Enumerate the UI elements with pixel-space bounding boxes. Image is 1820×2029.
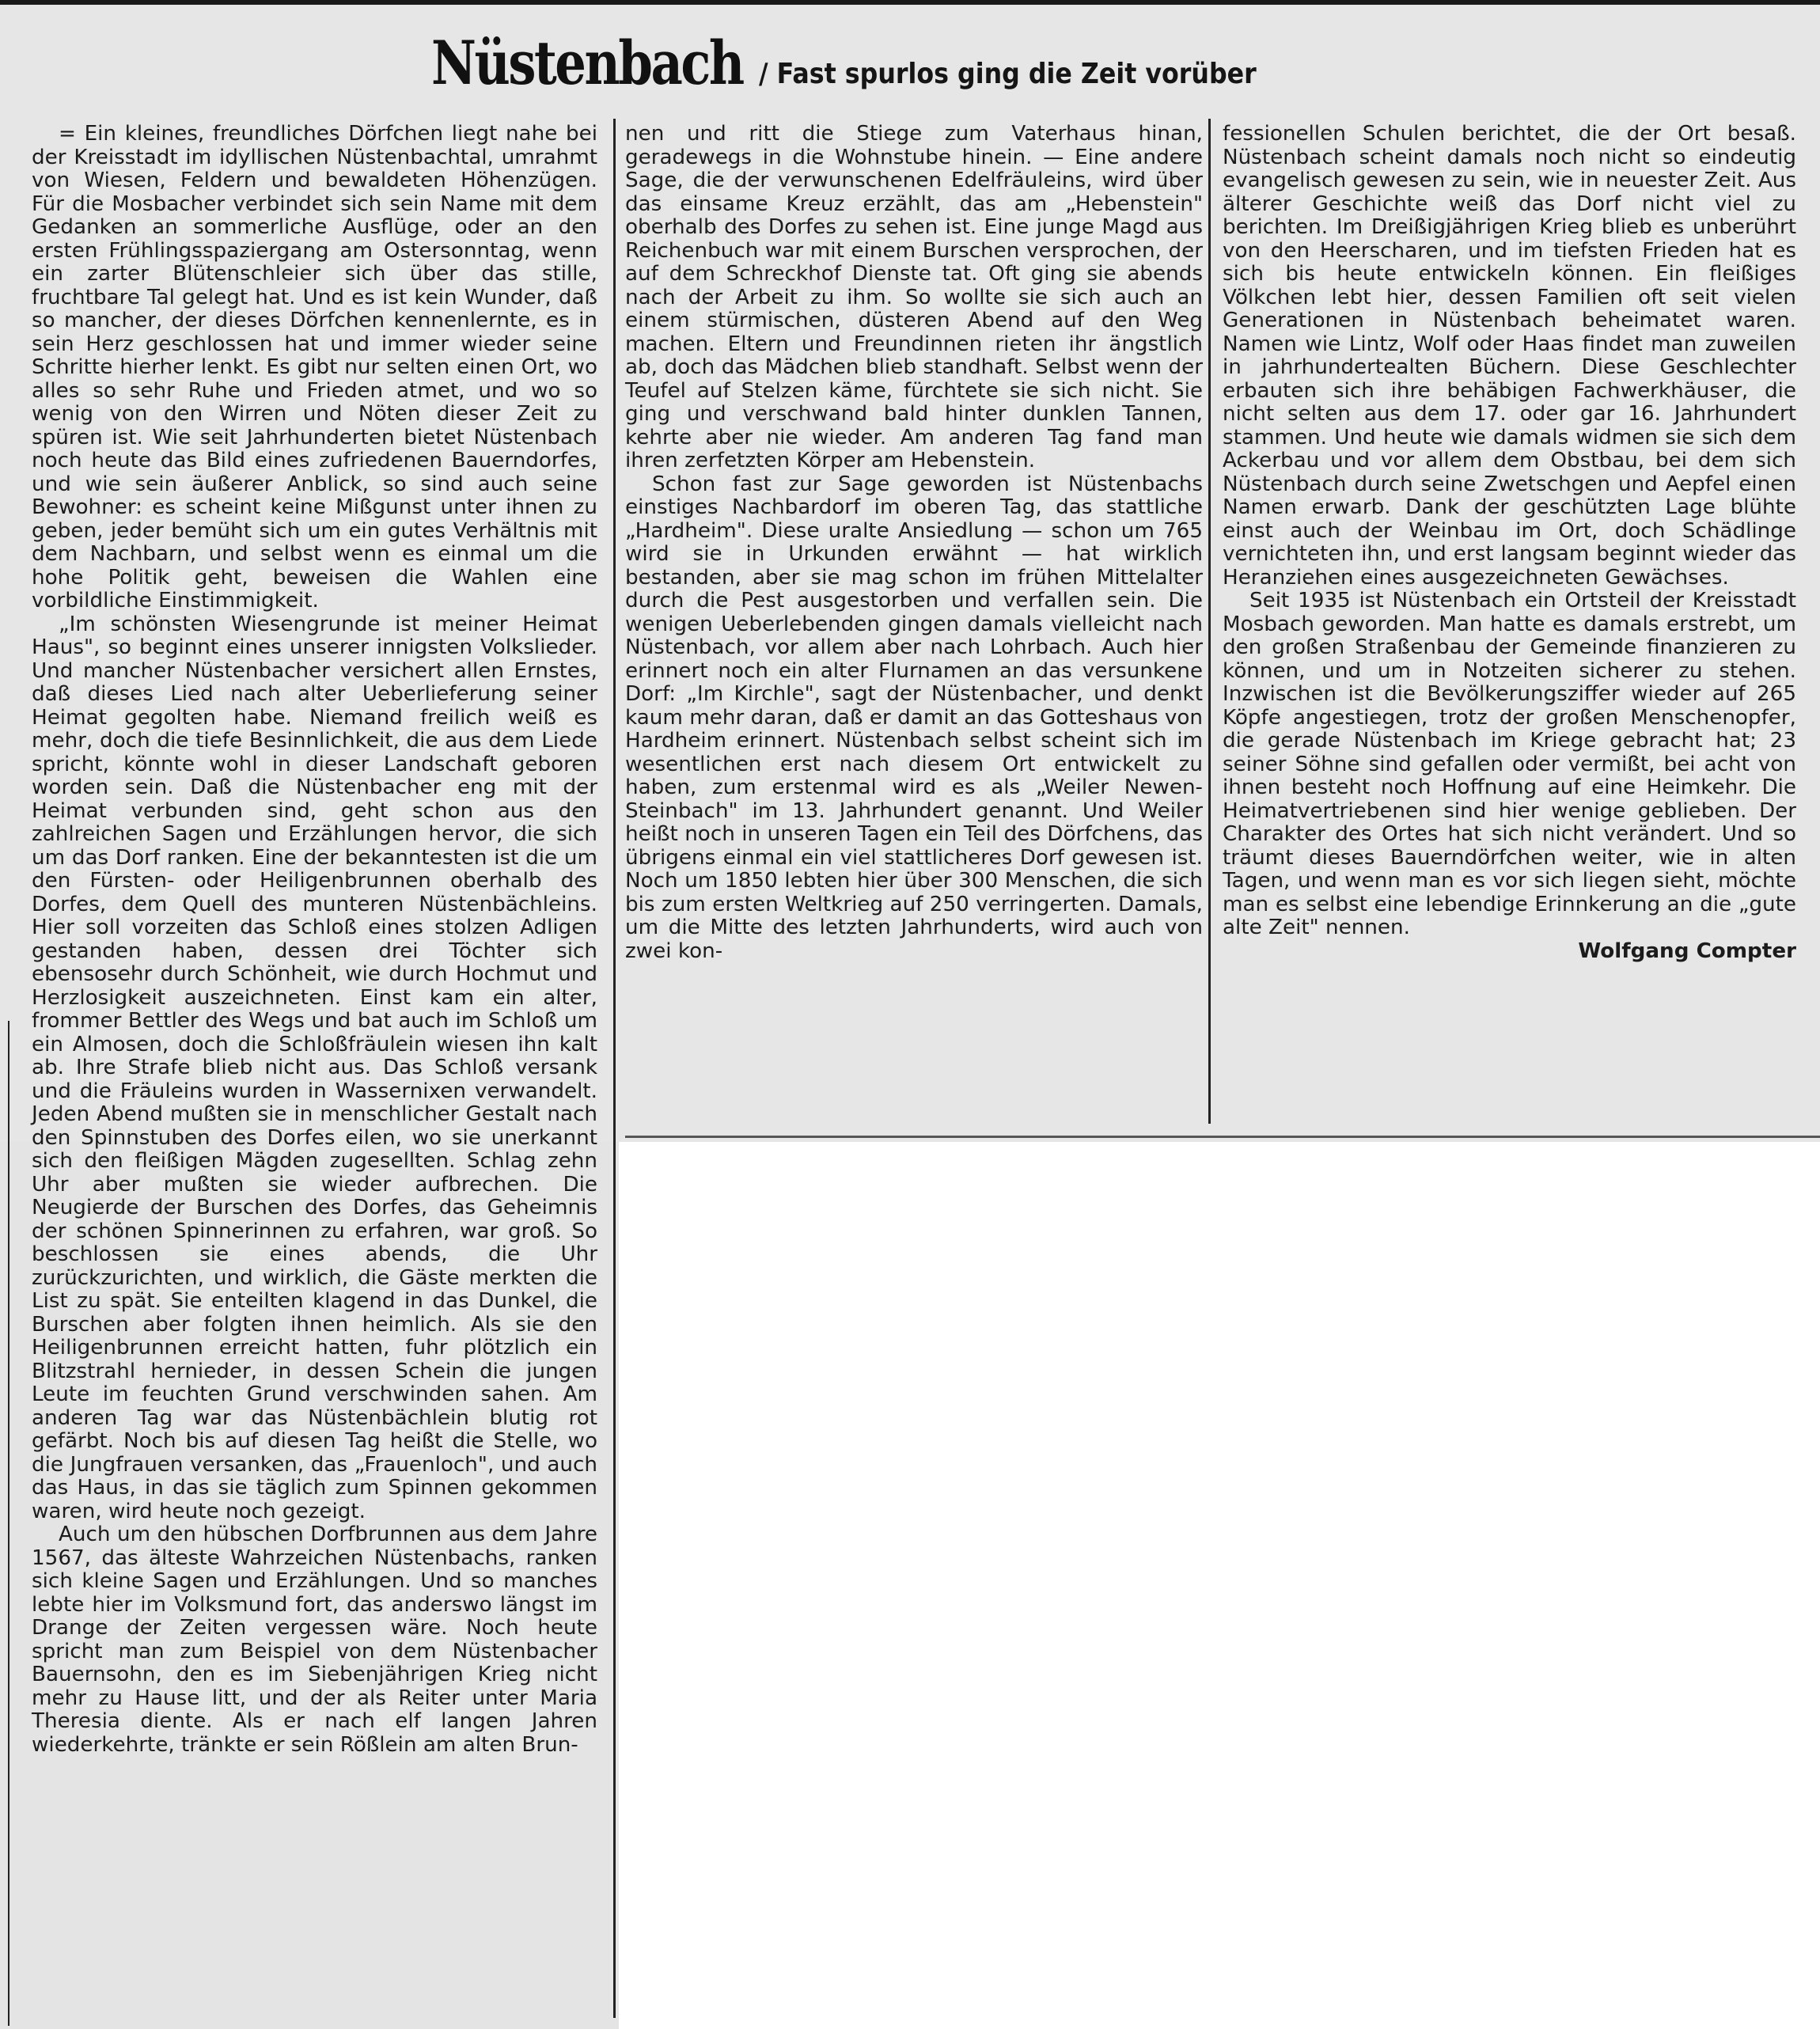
article-title: Nüstenbach: [431, 33, 743, 93]
paragraph: Seit 1935 ist Nüstenbach ein Ortsteil de…: [1223, 590, 1796, 940]
top-border: [0, 0, 1820, 5]
article-headline: Nüstenbach / Fast spurlos ging die Zeit …: [431, 33, 1325, 93]
article-column-2: nen und ritt die Stiege zum Vaterhaus hi…: [625, 123, 1203, 963]
author-byline: Wolfgang Compter: [1578, 940, 1796, 964]
title-separator: /: [759, 58, 768, 90]
paragraph: = Ein kleines, freundliches Dörfchen lie…: [32, 123, 597, 613]
paragraph: Schon fast zur Sage geworden ist Nüstenb…: [625, 473, 1203, 964]
clipping-bottom-edge: [625, 1136, 1820, 1138]
paragraph: Auch um den hübschen Dorfbrunnen aus dem…: [32, 1523, 597, 1757]
paragraph: nen und ritt die Stiege zum Vaterhaus hi…: [625, 123, 1203, 473]
paragraph: „Im schönsten Wiesengrunde ist meiner He…: [32, 613, 597, 1524]
column-divider-1: [613, 119, 616, 2018]
byline-row: Wolfgang Compter: [1223, 940, 1796, 964]
article-subtitle: / Fast spurlos ging die Zeit vorüber: [759, 58, 1257, 90]
article-column-3: fessionellen Schulen berichtet, die der …: [1223, 123, 1796, 963]
column-divider-2: [1208, 119, 1211, 1124]
left-margin-rule: [8, 1021, 9, 2026]
article-column-1: = Ein kleines, freundliches Dörfchen lie…: [32, 123, 597, 1757]
subtitle-text: Fast spurlos ging die Zeit vorüber: [777, 58, 1257, 90]
paragraph: fessionellen Schulen berichtet, die der …: [1223, 123, 1796, 590]
